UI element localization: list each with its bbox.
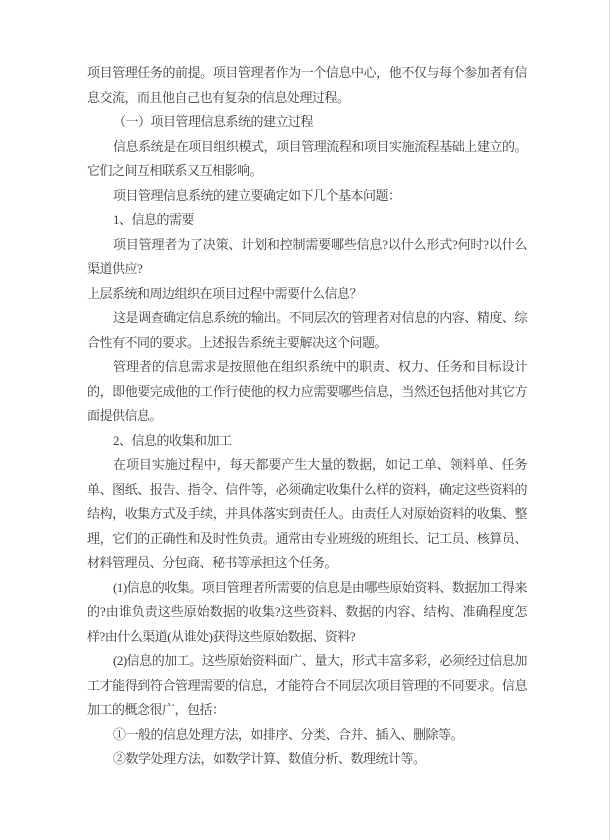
subsection-heading: 2、信息的收集和加工 [87, 429, 527, 454]
paragraph: 这是调查确定信息系统的输出。不同层次的管理者对信息的内容、精度、综合性有不同的要… [87, 306, 527, 355]
subsection-heading: 1、信息的需要 [87, 208, 527, 233]
paragraph: 项目管理任务的前提。项目管理者作为一个信息中心，他不仅与每个参加者有信息交流，而… [87, 61, 527, 110]
list-item: ①一般的信息处理方法，如排序、分类、合并、插入、删除等。 [87, 723, 527, 748]
document-page: 项目管理任务的前提。项目管理者作为一个信息中心，他不仅与每个参加者有信息交流，而… [0, 0, 612, 840]
list-item: ②数学处理方法，如数学计算、数值分析、数理统计等。 [87, 747, 527, 772]
paragraph: 项目管理者为了决策、计划和控制需要哪些信息?以什么形式?何时?以什么渠道供应? [87, 233, 527, 282]
paragraph: (2)信息的加工。这些原始资料面广、量大，形式丰富多彩，必须经过信息加工才能得到… [87, 649, 527, 723]
paragraph: 上层系统和周边组织在项目过程中需要什么信息？ [87, 282, 527, 307]
paragraph: 项目管理信息系统的建立要确定如下几个基本问题： [87, 184, 527, 209]
paragraph: 在项目实施过程中，每天都要产生大量的数据，如记工单、领料单、任务单、图纸、报告、… [87, 453, 527, 576]
paragraph: (1)信息的收集。项目管理者所需要的信息是由哪些原始资料、数据加工得来的?由谁负… [87, 576, 527, 650]
paragraph: 信息系统是在项目组织模式，项目管理流程和项目实施流程基础上建立的。它们之间互相联… [87, 135, 527, 184]
page-edge-line [609, 0, 610, 840]
paragraph: 管理者的信息需求是按照他在组织系统中的职责、权力、任务和目标设计的，即他要完成他… [87, 355, 527, 429]
page-content: 项目管理任务的前提。项目管理者作为一个信息中心，他不仅与每个参加者有信息交流，而… [87, 61, 527, 772]
section-heading: （一）项目管理信息系统的建立过程 [87, 110, 527, 135]
